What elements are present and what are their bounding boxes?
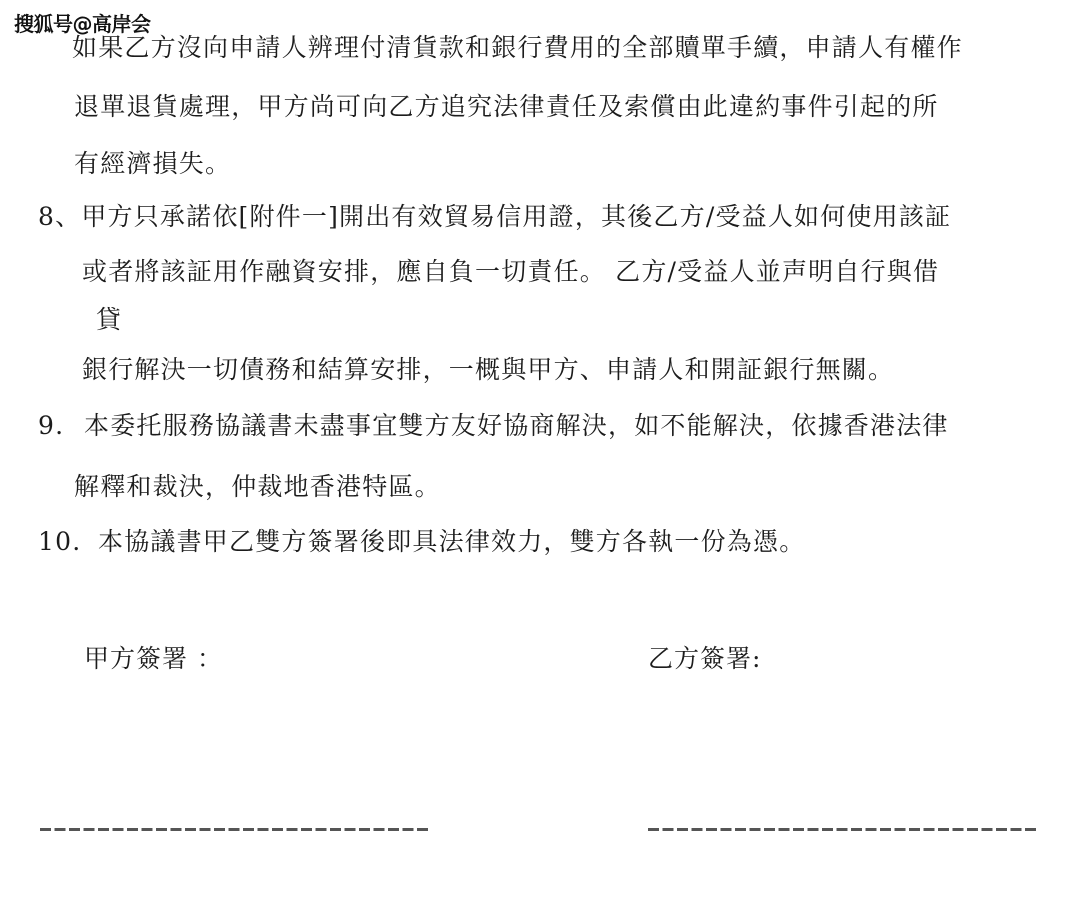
clause-text: 本協議書甲乙雙方簽署後即具法律效力，雙方各執一份為憑。 [98, 527, 805, 556]
clause-line: 解釋和裁決，仲裁地香港特區。 [74, 471, 441, 503]
paragraph-line: 退單退貨處理，甲方尚可向乙方追究法律責任及索償由此違約事件引起的所 [74, 91, 939, 123]
clause-line: 或者將該証用作融資安排，應自負一切責任。 乙方/受益人並声明自行與借 [82, 256, 939, 288]
document-page: 搜狐号@高岸会 如果乙方沒向申請人辨理付清貨款和銀行費用的全部贖單手續，申請人有… [0, 0, 1080, 914]
clause-line: 銀行解決一切債務和結算安排，一概與甲方、申請人和開証銀行無關。 [82, 354, 894, 386]
clause-number: 8、 [38, 201, 81, 233]
paragraph-line: 有經濟損失。 [74, 148, 231, 180]
clause-text: 甲方只承諾依[附件一]開出有效貿易信用證，其後乙方/受益人如何使用該証 [81, 202, 951, 231]
party-b-signature-line [648, 828, 1038, 831]
clause-line: 8、甲方只承諾依[附件一]開出有效貿易信用證，其後乙方/受益人如何使用該証 [38, 201, 951, 233]
clause-number: 9. [38, 410, 84, 442]
clause-line: 貸 [96, 304, 122, 336]
clause-line: 9.本委托服務協議書未盡事宜雙方友好協商解決，如不能解決，依據香港法律 [38, 410, 949, 442]
party-a-signature-line [40, 828, 430, 831]
paragraph-line: 如果乙方沒向申請人辨理付清貨款和銀行費用的全部贖單手續，申請人有權作 [72, 32, 963, 64]
party-b-signature-label: 乙方簽署: [648, 643, 761, 675]
clause-number: 10. [38, 526, 98, 558]
clause-line: 10.本協議書甲乙雙方簽署後即具法律效力，雙方各執一份為憑。 [38, 526, 805, 558]
watermark: 搜狐号@高岸会 [14, 8, 151, 37]
clause-text: 本委托服務協議書未盡事宜雙方友好協商解決，如不能解決，依據香港法律 [84, 411, 949, 440]
party-a-signature-label: 甲方簽署 ： [84, 643, 223, 675]
